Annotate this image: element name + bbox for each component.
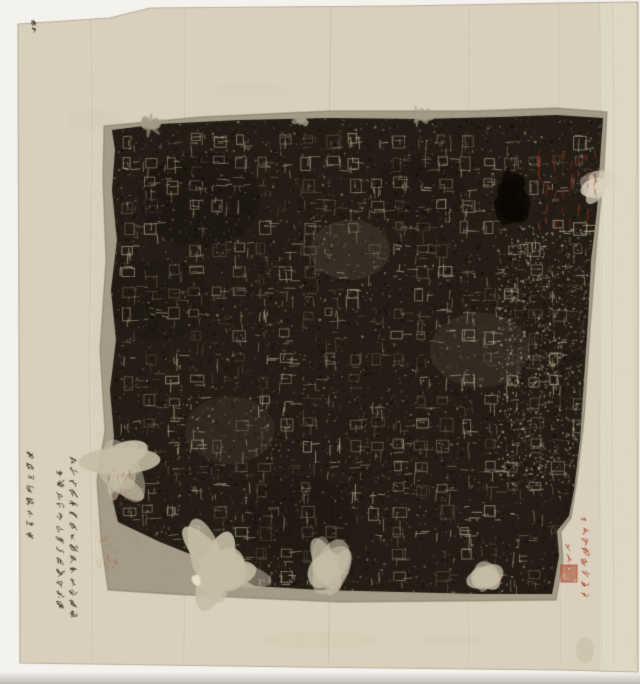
- scan: [0, 0, 640, 684]
- rubbing-canvas: [0, 0, 640, 684]
